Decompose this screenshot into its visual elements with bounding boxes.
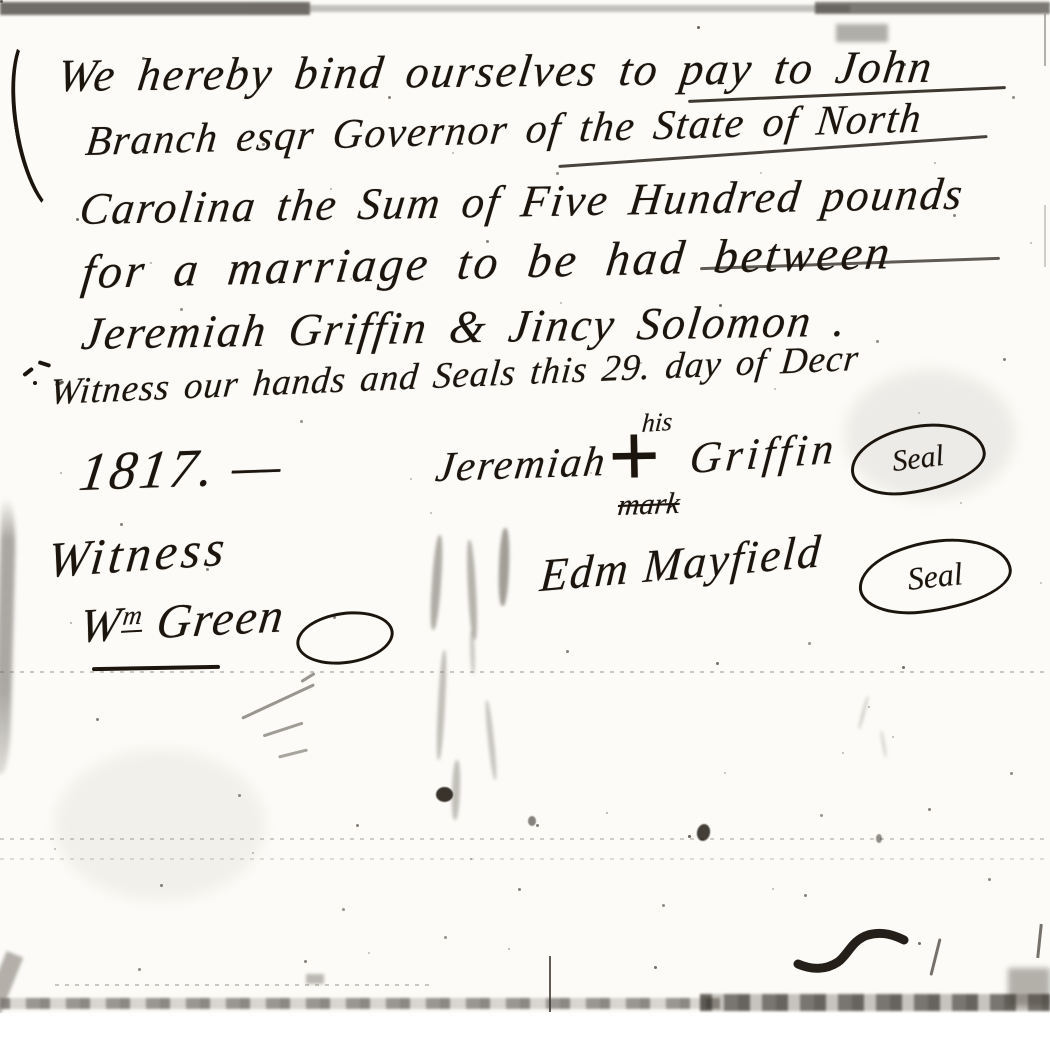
edge-mark <box>1044 205 1046 267</box>
his-mark-label-bottom: mark <box>616 488 681 522</box>
ink-blot <box>528 816 536 826</box>
ink-bleed-ghost <box>435 650 448 760</box>
ink-bleed-ghost <box>465 540 478 640</box>
fold-line <box>0 671 1050 673</box>
ink-blot <box>436 787 453 802</box>
seal-label: Seal <box>906 555 965 598</box>
fold-line <box>0 838 1050 840</box>
scanned-document-page: We hereby bind ourselves to pay to John … <box>0 0 1050 1038</box>
signature-first-name: Jeremiah <box>433 440 609 490</box>
edge-mark <box>1036 924 1043 958</box>
bond-line-1: We hereby bind ourselves to pay to John <box>55 43 937 101</box>
scan-edge-top <box>815 2 1050 14</box>
seal-flourish-mayfield: Seal <box>855 532 1016 620</box>
pencil-mark <box>263 722 304 737</box>
edge-mark <box>1044 14 1046 66</box>
scan-margin-bottom <box>0 1013 1050 1038</box>
fold-line <box>55 984 435 986</box>
crease-line <box>549 956 551 1012</box>
ink-squiggle <box>792 922 914 980</box>
ink-bleed-ghost <box>484 700 498 780</box>
seal-label: Seal <box>890 439 945 479</box>
ink-blot <box>876 834 882 843</box>
bond-line-2: Branch esqr Governor of the State of Nor… <box>84 97 925 165</box>
pencil-mark <box>278 748 308 758</box>
fold-line <box>0 858 1050 860</box>
witness-label: Witness <box>45 521 231 587</box>
bondsman-signature: Edm Mayfield <box>538 527 824 600</box>
witness-surname: Green <box>154 589 289 649</box>
pencil-mark <box>241 683 315 719</box>
small-ink-mark <box>929 938 941 975</box>
ink-bleed-ghost <box>498 528 511 606</box>
scan-edge-bottom <box>700 994 1050 1011</box>
edge-smudge <box>836 24 888 42</box>
scan-edge-bottom <box>0 998 720 1009</box>
pencil-mark <box>300 672 315 683</box>
scan-edge-top <box>250 5 850 12</box>
signature-flourish-loop <box>293 605 397 670</box>
date-line: 1817. — <box>76 437 288 501</box>
margin-scribble <box>33 381 37 385</box>
witness-superscript: m <box>121 600 146 633</box>
witness-initial: W <box>77 598 125 654</box>
bond-line-4: for a marriage to be had between <box>79 228 895 298</box>
bond-line-3: Carolina the Sum of Five Hundred pounds <box>77 171 967 234</box>
edge-smudge <box>1008 968 1050 1006</box>
ink-bleed-ghost <box>858 695 870 730</box>
margin-scribble <box>38 360 51 367</box>
torn-left-edge <box>0 498 17 774</box>
ink-bleed-ghost <box>429 535 445 630</box>
edge-smudge <box>306 974 324 984</box>
ink-bleed-ghost <box>880 730 888 758</box>
paper-stain <box>55 750 265 900</box>
signature-surname: Griffin <box>688 425 840 482</box>
signature-underline <box>92 665 220 671</box>
witness-signature: Wm Green <box>77 591 288 653</box>
ink-bleed-ghost <box>451 760 461 820</box>
margin-scribble <box>22 367 34 377</box>
